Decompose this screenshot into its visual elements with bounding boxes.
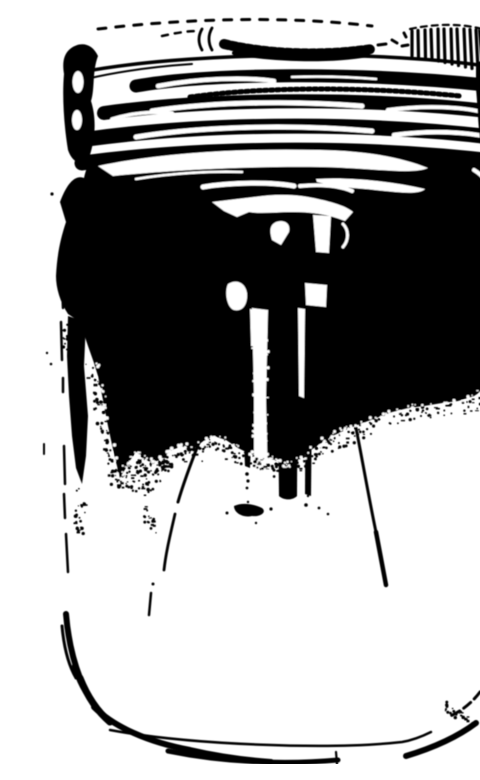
dither-speckle (260, 468, 262, 470)
dither-speckle (150, 489, 152, 491)
dither-speckle (103, 419, 105, 421)
dither-speckle (256, 466, 258, 468)
seed-dot (226, 512, 229, 515)
dither-speckle (265, 397, 269, 398)
dither-speckle (155, 469, 158, 472)
dither-speckle (202, 451, 204, 453)
dither-speckle (236, 444, 238, 445)
dither-speckle (101, 390, 103, 392)
dither-speckle (443, 414, 445, 416)
dither-speckle (75, 521, 77, 523)
dither-speckle (363, 434, 365, 435)
stem-dot (152, 583, 155, 586)
dither-speckle (253, 432, 254, 433)
dither-speckle (254, 377, 257, 379)
dither-speckle (212, 436, 215, 439)
dither-speckle (284, 462, 286, 464)
dither-speckle (354, 435, 356, 437)
dither-speckle (219, 436, 220, 437)
dither-speckle (252, 455, 254, 457)
dither-speckle (360, 421, 362, 423)
dither-speckle (129, 467, 131, 469)
dither-speckle (254, 423, 257, 424)
dither-speckle (347, 430, 350, 433)
dither-speckle (346, 438, 350, 440)
dither-speckle (167, 470, 170, 473)
dither-speckle (304, 450, 307, 453)
dither-speckle (463, 409, 465, 411)
dither-speckle (96, 422, 100, 426)
dither-speckle (111, 453, 113, 455)
dither-speckle (145, 465, 146, 466)
dither-speckle (472, 399, 475, 401)
dither-speckle (150, 527, 153, 530)
dither-speckle (158, 455, 162, 459)
dither-speckle (144, 516, 147, 519)
dither-speckle (75, 513, 78, 516)
dither-speckle (121, 471, 123, 473)
dither-speckle (372, 425, 375, 428)
dither-speckle (260, 459, 263, 460)
dither-speckle (340, 429, 342, 431)
dither-speckle (201, 446, 204, 447)
dither-speckle (62, 330, 65, 331)
dither-speckle (109, 449, 111, 451)
dither-speckle (116, 462, 119, 465)
stem-dot (246, 487, 249, 490)
dither-speckle (274, 462, 277, 465)
dither-speckle (346, 442, 349, 444)
dither-speckle (349, 429, 352, 431)
stem-dot (247, 501, 249, 503)
dither-speckle (146, 457, 148, 459)
dither-speckle (197, 441, 199, 443)
dither-speckle (122, 487, 125, 489)
dither-speckle (425, 412, 427, 414)
dither-speckle (445, 708, 447, 710)
dither-speckle (454, 716, 457, 719)
dither-speckle (283, 472, 285, 474)
dither-speckle (133, 481, 135, 483)
dither-speckle (333, 430, 336, 433)
dither-speckle (104, 406, 106, 408)
dither-speckle (140, 465, 142, 467)
dither-speckle (346, 426, 347, 427)
dither-speckle (265, 353, 268, 356)
dither-speckle (460, 715, 462, 717)
seed-dot (304, 503, 308, 507)
dither-speckle (301, 410, 303, 412)
dither-speckle (300, 444, 303, 447)
dither-speckle (265, 433, 268, 436)
dither-speckle (62, 337, 64, 339)
dither-speckle (354, 424, 357, 427)
dither-speckle (473, 724, 475, 727)
dither-speckle (252, 380, 254, 382)
dither-speckle (139, 469, 142, 472)
dither-speckle (254, 401, 255, 402)
dither-speckle (320, 437, 323, 440)
dither-speckle (128, 486, 131, 488)
dither-speckle (108, 474, 111, 476)
dither-speckle (287, 466, 289, 468)
dither-speckle (147, 521, 149, 523)
dither-speckle (135, 490, 137, 492)
reflection-sliver-white (298, 308, 305, 398)
dither-speckle (223, 445, 225, 447)
dither-speckle (98, 364, 101, 367)
dither-speckle (283, 478, 285, 480)
dither-speckle (450, 412, 452, 414)
dither-speckle (351, 427, 353, 429)
dither-speckle (128, 465, 129, 466)
stray-dot (50, 363, 53, 366)
dither-speckle (285, 477, 287, 479)
dither-speckle (359, 431, 362, 434)
dither-speckle (262, 455, 265, 458)
dither-speckle (428, 415, 430, 417)
dither-speckle (467, 720, 470, 722)
dither-speckle (279, 467, 281, 469)
dither-speckle (117, 484, 121, 487)
dither-speckle (286, 461, 288, 463)
dither-speckle (378, 418, 381, 421)
dither-speckle (117, 480, 119, 482)
dither-speckle (172, 455, 174, 457)
dither-speckle (105, 449, 108, 452)
dither-speckle (140, 475, 143, 477)
dither-speckle (138, 487, 140, 489)
dither-speckle (301, 422, 304, 425)
dither-speckle (76, 490, 78, 492)
dither-speckle (259, 453, 261, 455)
dither-speckle (467, 716, 470, 717)
dither-speckle (385, 413, 387, 415)
dither-speckle (362, 436, 365, 439)
dither-speckle (166, 456, 169, 459)
dither-speckle (253, 411, 256, 414)
dither-speckle (323, 441, 326, 444)
dither-speckle (358, 434, 360, 436)
halftone-jar-figure: A bitonal (pure black on white) halftone… (40, 16, 480, 764)
dither-speckle (263, 466, 267, 468)
dither-speckle (273, 460, 275, 462)
dither-speckle (311, 455, 313, 457)
dither-speckle (147, 484, 149, 486)
dither-speckle (132, 490, 134, 492)
dither-speckle (277, 469, 280, 472)
seed-dot (269, 507, 272, 510)
dither-speckle (157, 464, 158, 465)
dither-speckle (96, 377, 98, 379)
dither-speckle (393, 416, 395, 418)
dither-speckle (170, 465, 173, 468)
dither-speckle (218, 443, 220, 445)
dither-speckle (115, 469, 117, 471)
dither-speckle (79, 517, 81, 519)
dither-speckle (126, 472, 128, 474)
dither-speckle (252, 434, 255, 437)
dither-speckle (97, 404, 100, 405)
dither-speckle (100, 426, 101, 427)
dither-speckle (146, 509, 148, 511)
stem-dot (246, 479, 249, 482)
dither-speckle (331, 450, 334, 453)
dither-speckle (79, 520, 82, 523)
dither-speckle (273, 475, 276, 478)
seed-dot (307, 495, 309, 497)
dither-speckle (137, 452, 138, 453)
dither-speckle (307, 452, 309, 454)
dither-speckle (146, 467, 148, 469)
dither-speckle (95, 363, 97, 365)
dither-speckle (397, 422, 399, 424)
dither-speckle (100, 422, 103, 425)
dither-speckle (149, 517, 150, 518)
dither-speckle (138, 452, 141, 454)
dither-speckle (106, 432, 109, 434)
dither-speckle (291, 472, 294, 475)
dither-speckle (470, 410, 473, 411)
dither-speckle (300, 470, 303, 471)
dither-speckle (370, 433, 372, 435)
dither-speckle (97, 381, 98, 382)
dither-speckle (398, 410, 401, 413)
dither-speckle (412, 404, 414, 406)
dither-speckle (476, 408, 478, 410)
dither-speckle (254, 461, 256, 463)
dither-speckle (342, 445, 345, 448)
dither-speckle (147, 491, 149, 493)
dither-speckle (78, 488, 80, 490)
dither-speckle (253, 464, 256, 467)
dither-speckle (126, 475, 128, 477)
dither-speckle (78, 505, 79, 506)
dither-speckle (117, 459, 118, 460)
dither-speckle (315, 447, 318, 450)
dither-speckle (445, 701, 448, 704)
dither-speckle (272, 456, 273, 457)
dither-speckle (266, 469, 269, 470)
dither-speckle (300, 456, 303, 459)
dither-speckle (388, 411, 390, 413)
dither-speckle (297, 466, 298, 467)
dither-speckle (157, 473, 159, 475)
dither-speckle (94, 384, 98, 387)
dither-speckle (358, 429, 360, 431)
dither-speckle (264, 422, 268, 426)
dither-speckle (144, 495, 146, 497)
dither-speckle (120, 482, 123, 484)
dither-speckle (151, 519, 154, 522)
dither-speckle (115, 475, 116, 476)
dither-speckle (75, 509, 77, 511)
dither-speckle (103, 379, 106, 382)
seed-dot (327, 513, 330, 516)
dither-speckle (166, 450, 168, 452)
dither-speckle (224, 440, 225, 441)
dither-speckle (236, 462, 239, 463)
dither-speckle (87, 377, 91, 379)
dither-speckle (204, 441, 206, 443)
dither-speckle (106, 430, 107, 431)
dither-speckle (330, 436, 333, 439)
dither-speckle (286, 464, 287, 465)
dither-speckle (238, 452, 240, 454)
dither-speckle (111, 474, 114, 477)
dither-speckle (102, 411, 106, 415)
dither-speckle (369, 416, 372, 419)
dither-speckle (344, 427, 347, 430)
dither-speckle (411, 406, 414, 409)
dither-speckle (464, 718, 467, 721)
dither-speckle (184, 446, 187, 449)
dither-speckle (115, 450, 119, 452)
dither-speckle (120, 481, 122, 482)
dither-speckle (182, 458, 185, 461)
dither-speckle (237, 445, 239, 447)
dither-speckle (76, 527, 79, 530)
dither-speckle (333, 441, 335, 443)
dither-speckle (161, 466, 163, 468)
highlight-blob-right (305, 283, 327, 307)
dither-speckle (242, 448, 244, 450)
dither-speckle (158, 463, 161, 466)
dither-speckle (110, 483, 113, 486)
dither-speckle (95, 398, 99, 402)
dither-speckle (260, 363, 262, 364)
dither-speckle (105, 396, 107, 398)
dither-speckle (105, 441, 108, 444)
dither-speckle (155, 532, 156, 533)
dither-speckle (94, 392, 97, 395)
seed-dot (318, 507, 321, 510)
dither-speckle (114, 459, 116, 461)
dither-speckle (150, 470, 152, 472)
dither-speckle (475, 410, 479, 411)
dither-speckle (108, 454, 110, 456)
dither-speckle (80, 527, 84, 531)
dither-speckle (145, 460, 147, 462)
dither-speckle (445, 402, 448, 405)
dither-speckle (258, 463, 262, 465)
dither-speckle (332, 433, 333, 434)
dither-speckle (401, 414, 403, 416)
dither-speckle (192, 454, 195, 457)
dither-speckle (229, 444, 232, 447)
dither-speckle (180, 452, 183, 454)
dither-speckle (446, 711, 449, 714)
dither-speckle (466, 395, 469, 398)
dither-speckle (314, 458, 316, 460)
dither-speckle (266, 440, 268, 442)
dither-speckle (179, 445, 182, 447)
dither-speckle (66, 337, 70, 341)
dither-speckle (260, 390, 262, 392)
dither-speckle (459, 713, 460, 714)
dither-speckle (294, 470, 296, 471)
dither-speckle (300, 438, 302, 440)
dither-speckle (413, 418, 415, 420)
dither-speckle (96, 401, 99, 404)
dither-speckle (322, 453, 323, 454)
dither-speckle (98, 383, 101, 386)
dither-speckle (289, 466, 291, 468)
dither-speckle (315, 455, 318, 458)
reflection-vertical-highlight (313, 215, 331, 253)
dither-speckle (328, 442, 331, 445)
dither-speckle (80, 530, 81, 531)
dither-speckle (251, 342, 253, 344)
dither-speckle (250, 462, 252, 464)
dither-speckle (142, 486, 144, 488)
dither-speckle (264, 429, 266, 430)
dither-speckle (202, 448, 204, 450)
dither-speckle (296, 461, 299, 464)
dither-speckle (472, 402, 475, 403)
dither-speckle (322, 447, 325, 449)
dither-speckle (396, 409, 398, 411)
stem-dot (245, 472, 249, 476)
dither-speckle (77, 531, 80, 533)
dither-speckle (126, 483, 127, 484)
dither-speckle (141, 488, 145, 490)
dither-speckle (131, 475, 135, 476)
dither-speckle (266, 463, 268, 465)
dither-speckle (279, 471, 281, 473)
dither-speckle (267, 414, 269, 416)
dither-speckle (84, 512, 86, 514)
dither-speckle (129, 461, 131, 462)
dither-speckle (244, 452, 245, 453)
dither-speckle (468, 406, 470, 408)
dither-speckle (114, 437, 116, 439)
dither-speckle (246, 459, 249, 461)
dither-speckle (66, 348, 68, 350)
dither-speckle (366, 428, 368, 430)
dither-speckle (124, 464, 127, 466)
dither-speckle (450, 403, 452, 405)
dither-speckle (436, 408, 440, 410)
dither-speckle (369, 422, 371, 424)
dither-speckle (416, 408, 419, 410)
dither-speckle (338, 442, 340, 444)
dither-speckle (453, 399, 456, 402)
dither-speckle (165, 465, 167, 466)
dither-speckle (143, 521, 146, 524)
lid-left-notch-2 (72, 110, 82, 130)
dither-speckle (146, 478, 148, 480)
dither-speckle (125, 477, 127, 479)
dither-speckle (184, 461, 187, 462)
dither-speckle (99, 400, 102, 403)
dither-speckle (264, 367, 268, 369)
dither-speckle (145, 506, 148, 507)
dither-speckle (375, 417, 377, 419)
jar-illustration-canvas (40, 16, 480, 764)
dither-speckle (414, 404, 416, 406)
dither-speckle (201, 460, 203, 462)
dither-speckle (170, 447, 174, 451)
dither-speckle (155, 480, 158, 483)
dither-speckle (271, 467, 274, 470)
dither-speckle (256, 399, 259, 402)
dither-speckle (148, 515, 150, 517)
dither-speckle (117, 469, 120, 472)
dither-speckle (234, 461, 236, 463)
dither-speckle (354, 427, 356, 429)
dither-speckle (161, 470, 162, 471)
